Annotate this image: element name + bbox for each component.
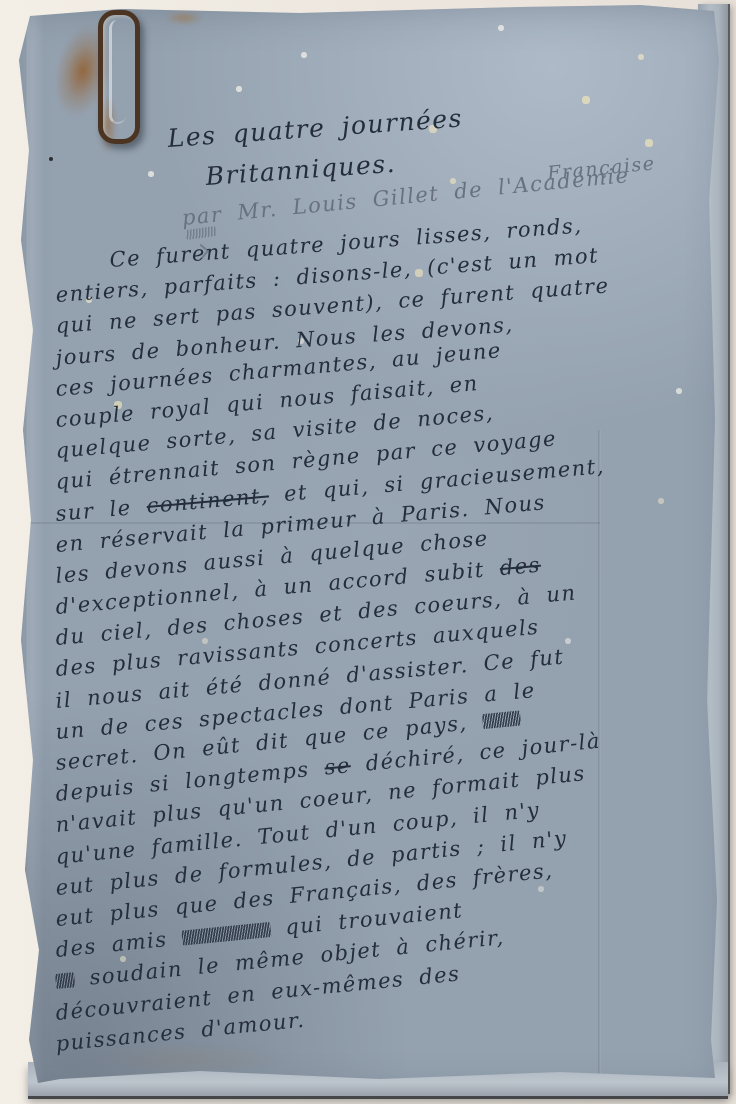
struck-word: des: [499, 553, 542, 580]
photo-of-manuscript: Les quatre journées Britanniques. par Mr…: [0, 0, 736, 1104]
ink-speck: [49, 157, 53, 161]
paperclip-highlight: [109, 20, 126, 124]
crossed-out-scribble: [182, 922, 271, 946]
rust-stain-top-edge: [158, 8, 210, 28]
foxing-spots: [0, 0, 2, 2]
crossed-out-scribble: [55, 972, 75, 989]
struck-word: se: [323, 753, 351, 779]
paperclip: [92, 8, 142, 146]
body-lines: Ce furent quatre jours lisses, ronds,ent…: [56, 252, 716, 1063]
manuscript-page: Les quatre journées Britanniques. par Mr…: [0, 0, 736, 1104]
crossed-out-scribble: [482, 710, 521, 729]
